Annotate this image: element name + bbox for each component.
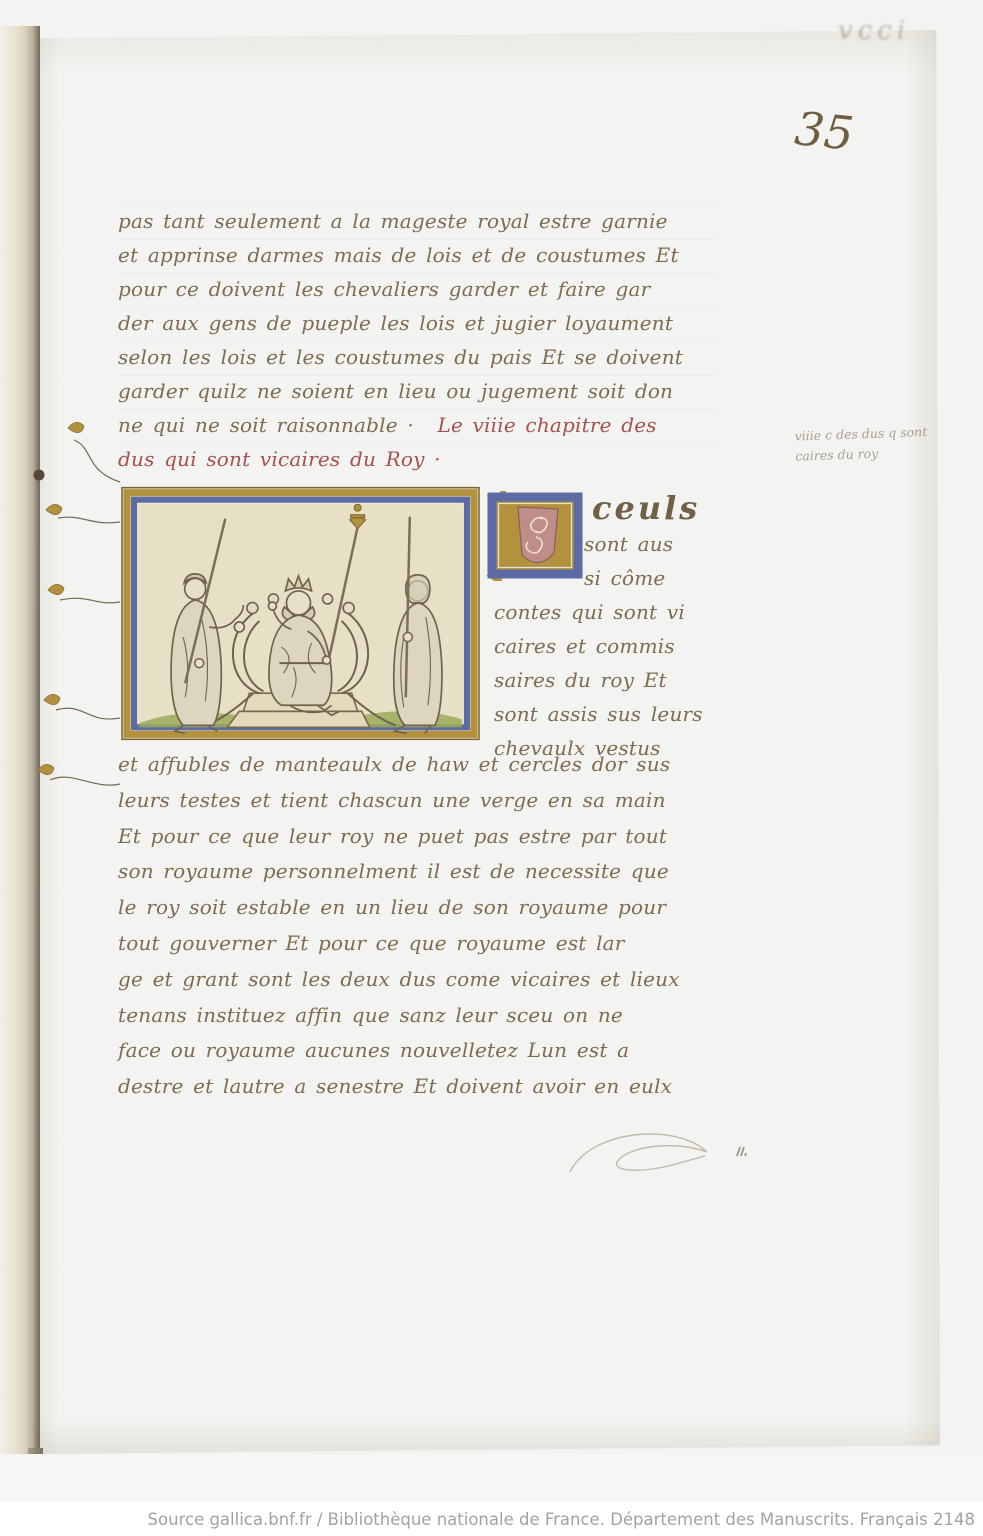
pen-flourish: [555, 1120, 785, 1190]
text-line: garder quilz ne soient en lieu ou jugeme…: [118, 374, 718, 408]
scan-bottom-margin: [0, 1454, 983, 1502]
right-column-text: sont aus si côme contes qui sont vi cair…: [494, 527, 714, 765]
text-line: contes qui sont vi: [494, 595, 714, 629]
text-line: si côme: [584, 561, 714, 595]
text-line: son royaume personnelment il est de nece…: [118, 854, 728, 890]
rubric-line-1: Le viiie chapitre des: [437, 413, 656, 437]
source-caption-bar: Source gallica.bnf.fr / Bibliothèque nat…: [0, 1502, 983, 1536]
text-line: caires et commis: [494, 629, 714, 663]
text-line: sont aus: [584, 527, 714, 561]
text-line: tenans instituez affin que sanz leur sce…: [118, 998, 728, 1034]
text-line: Et pour ce que leur roy ne puet pas estr…: [118, 819, 728, 855]
chapter-display-word: ceuls: [592, 489, 700, 527]
source-caption-text: Source gallica.bnf.fr / Bibliothèque nat…: [148, 1510, 983, 1529]
screenshot-root: { "colors":{ "parchment":"#e9e1c8","ink"…: [0, 0, 983, 1536]
text-line: saires du roy Et: [494, 663, 714, 697]
text-line: pour ce doivent les chevaliers garder et…: [118, 272, 718, 306]
text-line: et apprinse darmes mais de lois et de co…: [118, 238, 718, 272]
text-line: selon les lois et les coustumes du pais …: [118, 340, 718, 374]
miniature-illustration: [121, 486, 480, 741]
text-line-black-part: ne qui ne soit raisonnable ·: [118, 413, 414, 437]
marginal-note: viiie c des dus q sont caires du roy: [794, 421, 945, 466]
text-line: le roy soit estable en un lieu de son ro…: [118, 890, 728, 926]
text-line-mixed: ne qui ne soit raisonnable · Le viiie ch…: [118, 408, 718, 442]
text-line: destre et lautre a senestre Et doivent a…: [118, 1069, 728, 1105]
rubric-line-2: dus qui sont vicaires du Roy ·: [118, 442, 718, 476]
text-line: face ou royaume aucunes nouvelletez Lun …: [118, 1033, 728, 1069]
text-line: der aux gens de pueple les lois et jugie…: [118, 306, 718, 340]
upper-text-block: pas tant seulement a la mageste royal es…: [118, 204, 718, 476]
folio-number: 35: [792, 101, 856, 161]
text-line: ge et grant sont les deux dus come vicai…: [118, 962, 728, 998]
text-line: leurs testes et tient chascun une verge …: [118, 783, 728, 819]
prick-hole: [34, 470, 45, 481]
faded-corner-inscription: vcci: [838, 16, 910, 46]
text-line: et affubles de manteaulx de haw et cercl…: [118, 747, 728, 783]
text-line: pas tant seulement a la mageste royal es…: [118, 204, 718, 238]
text-line: tout gouverner Et pour ce que royaume es…: [118, 926, 728, 962]
text-line: sont assis sus leurs: [494, 697, 714, 731]
lower-text-block: et affubles de manteaulx de haw et cercl…: [118, 747, 728, 1105]
